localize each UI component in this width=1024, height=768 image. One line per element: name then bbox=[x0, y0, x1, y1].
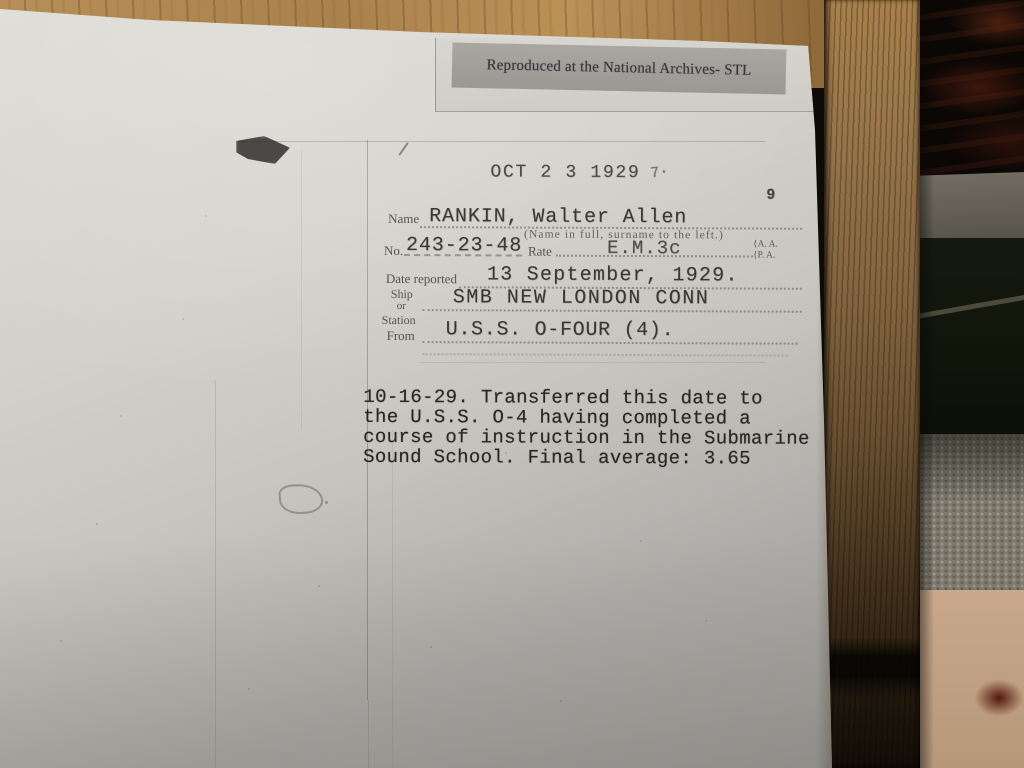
pa-line: {P. A. bbox=[753, 251, 778, 262]
received-date-stamp: OCT 2 3 1929 bbox=[490, 162, 640, 183]
number-field-label: No. bbox=[384, 243, 403, 259]
background-room bbox=[908, 0, 1024, 768]
paper-sheet: Reproduced at the National Archives- STL… bbox=[0, 0, 840, 768]
handwritten-mark: 7· bbox=[649, 163, 669, 182]
station-label: Station bbox=[382, 313, 416, 328]
from-ship-value: U.S.S. O-FOUR (4). bbox=[446, 318, 675, 342]
date-reported-value: 13 September, 1929. bbox=[487, 263, 739, 287]
date-reported-label: Date reported bbox=[386, 271, 457, 287]
aa-pa-annotation: {A. A. {P. A. bbox=[753, 240, 778, 262]
rate-field-label: Rate bbox=[528, 244, 552, 260]
dotted-underline bbox=[423, 309, 802, 313]
rate-field-value: E.M.3c bbox=[607, 237, 682, 259]
ship-station-value: SMB NEW LONDON CONN bbox=[453, 286, 710, 310]
from-label: From bbox=[387, 328, 415, 344]
dark-red-object bbox=[970, 676, 1024, 720]
aa-line: {A. A. bbox=[753, 240, 778, 251]
archival-photo: Reproduced at the National Archives- STL… bbox=[0, 0, 1024, 768]
name-field-label: Name bbox=[388, 211, 419, 227]
dotted-underline bbox=[423, 341, 798, 345]
dotted-underline bbox=[423, 353, 788, 357]
desk-wood-rail bbox=[824, 0, 920, 768]
record-card: OCT 2 3 1929 7· 9 Name RANKIN, Walter Al… bbox=[0, 0, 841, 768]
page-number: 9 bbox=[766, 187, 775, 204]
or-label: or bbox=[397, 300, 406, 312]
note-line: Sound School. Final average: 3.65 bbox=[363, 446, 751, 470]
